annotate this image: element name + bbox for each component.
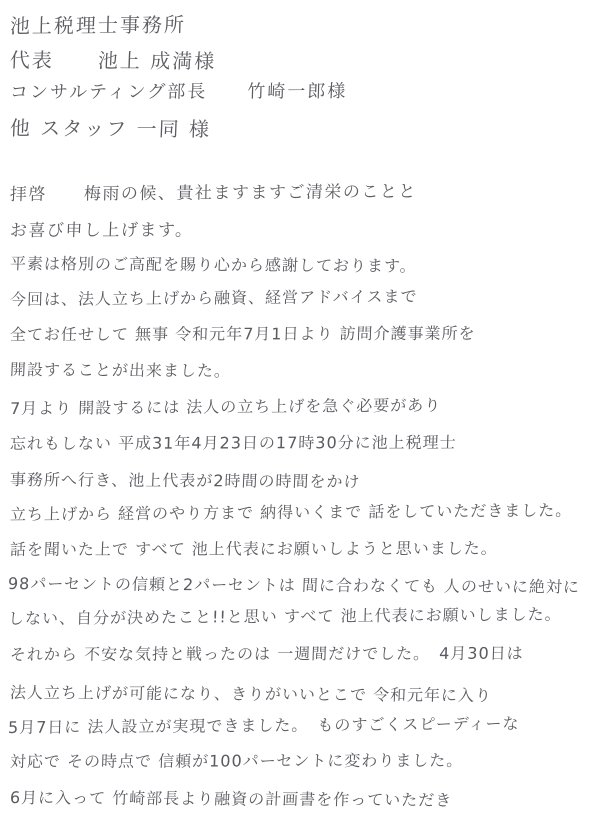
body-line: 今回は、法人立ち上げから融資、経営アドバイスまで xyxy=(10,284,418,310)
body-line: 全てお任せして 無事 令和元年7月1日より 訪問介護事業所を xyxy=(10,321,476,345)
body-line: 拝啓 梅雨の候、貴社ますますご清栄のことと xyxy=(10,177,418,205)
body-line: 6月に入って 竹崎部長より融資の計画書を作っていただき xyxy=(10,785,453,811)
body-line: 98パーセントの信頼と2パーセントは 間に合わなくても 人のせいに絶対に xyxy=(8,571,581,597)
body-line: 平素は格別のご高配を賜り心から感謝しております。 xyxy=(10,251,418,276)
body-line: 法人立ち上げが可能になり、きりがいいとこで 令和元年に入り xyxy=(10,680,493,706)
recipient-line-manager: コンサルティング部長 竹崎一郎様 xyxy=(10,77,348,104)
body-line: 対応で その時点で 信頼が100パーセントに変わりました。 xyxy=(10,748,464,772)
body-line: 立ち上げから 経営のやり方まで 納得いくまで 話をしていただきました。 xyxy=(10,498,573,525)
body-line: 話を聞いた上で すべて 池上代表にお願いしようと思いました。 xyxy=(10,536,499,560)
recipient-line-president: 代表 池上 成満様 xyxy=(9,44,217,74)
body-line: しない、自分が決めたこと!!と思い すべて 池上代表にお願いしました。 xyxy=(8,602,562,629)
body-line: それから 不安な気持と戦ったのは 一週間だけでした。 4月30日は xyxy=(10,641,524,665)
body-line: 7月より 開設するには 法人の立ち上げを急ぐ必要があり xyxy=(10,393,442,419)
body-line: 開設することが出来ました。 xyxy=(10,357,232,381)
recipient-line-office: 池上税理士事務所 xyxy=(10,9,187,39)
body-line: 5月7日に 法人設立が実現できました。 ものすごくスピーディーな xyxy=(8,711,520,738)
body-line: お喜び申し上げます。 xyxy=(10,216,194,241)
letter-paper: 池上税理士事務所 代表 池上 成満様 コンサルティング部長 竹崎一郎様 他 スタ… xyxy=(0,0,610,825)
body-line: 事務所へ行き、池上代表が2時間の時間をかけ xyxy=(10,467,361,492)
body-line: 忘れもしない 平成31年4月23日の17時30分に池上税理士 xyxy=(10,430,457,454)
recipient-line-staff: 他 スタッフ 一同 様 xyxy=(9,112,211,142)
